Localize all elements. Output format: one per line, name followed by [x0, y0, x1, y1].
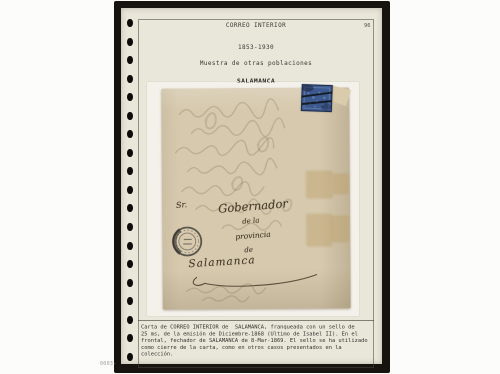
binder-hole	[127, 19, 133, 27]
description-text: Carta de CORREO INTERIOR de SALAMANCA, f…	[141, 324, 374, 358]
scan-watermark: 0003-	[100, 361, 117, 367]
description-box: Carta de CORREO INTERIOR de SALAMANCA, f…	[138, 320, 374, 368]
address-line-de-la: de la	[242, 216, 260, 225]
binder-hole	[127, 112, 133, 120]
stain-mark	[333, 173, 349, 194]
binder-hole	[127, 279, 133, 287]
binder-holes	[127, 19, 135, 361]
binder-hole	[127, 56, 133, 64]
page-title: CORREO INTERIOR	[138, 22, 374, 29]
binder-hole	[127, 297, 133, 305]
address-line-de: de	[244, 246, 253, 255]
cover-envelope: Sr. Gobernador de la provincia de Salama…	[161, 87, 351, 309]
binder-hole	[127, 242, 133, 250]
binder-hole	[127, 334, 133, 342]
circular-datestamp	[171, 225, 203, 257]
stain-mark	[306, 213, 332, 246]
postage-stamp	[301, 84, 333, 112]
album-scan-frame: CORREO INTERIOR 1853-1930 Muestra de otr…	[114, 1, 390, 373]
binder-hole	[127, 260, 133, 268]
binder-hole	[127, 75, 133, 83]
binder-hole	[127, 130, 133, 138]
binder-hole	[127, 38, 133, 46]
binder-hole	[127, 167, 133, 175]
page-subtitle: Muestra de otras poblaciones	[138, 60, 374, 67]
binder-hole	[127, 316, 133, 324]
flourish-underline	[185, 272, 321, 288]
page-period: 1853-1930	[138, 44, 374, 51]
screen: CORREO INTERIOR 1853-1930 Muestra de otr…	[0, 0, 500, 374]
binder-hole	[127, 353, 133, 361]
binder-hole	[127, 93, 133, 101]
binder-hole	[127, 223, 133, 231]
album-sheet: CORREO INTERIOR 1853-1930 Muestra de otr…	[121, 8, 382, 364]
stain-mark	[306, 170, 333, 198]
binder-hole	[127, 149, 133, 157]
binder-hole	[127, 186, 133, 194]
page-number: 96	[364, 23, 371, 29]
stain-mark	[331, 215, 349, 242]
binder-hole	[127, 204, 133, 212]
address-line-salutation: Sr.	[176, 200, 188, 210]
